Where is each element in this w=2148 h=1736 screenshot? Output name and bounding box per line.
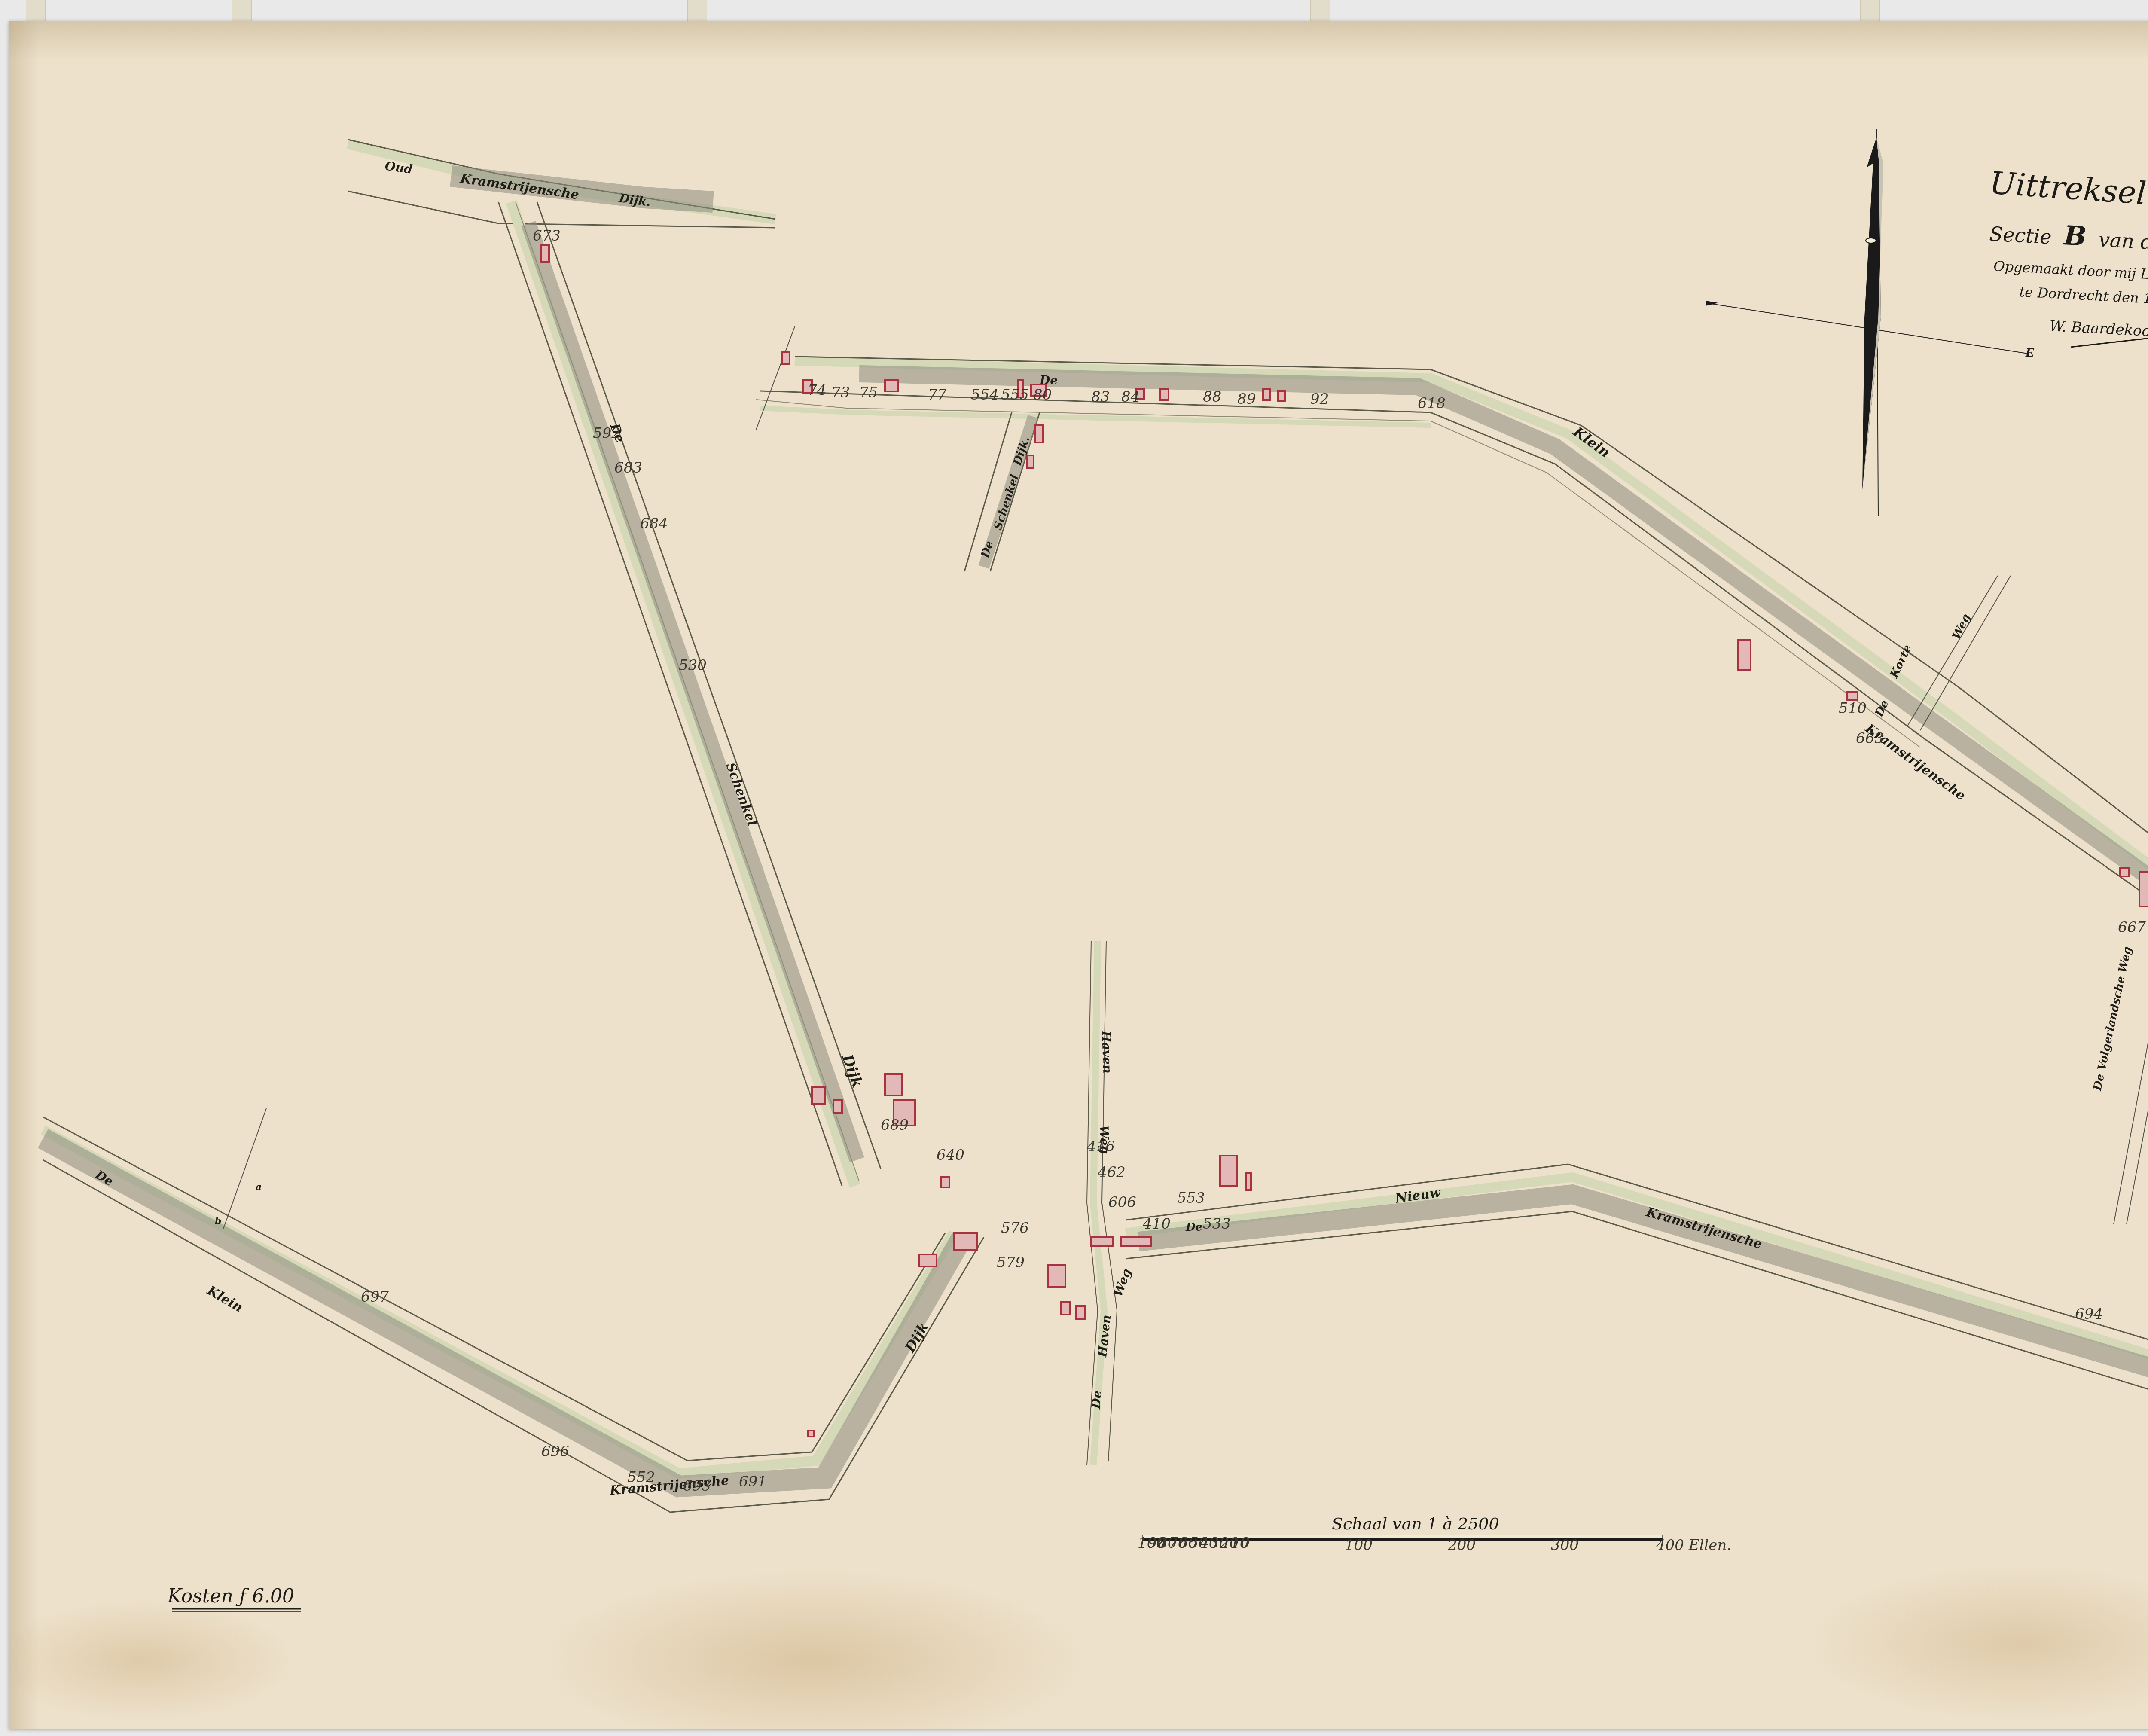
parcel-number: 576	[1001, 1220, 1029, 1237]
parcel-number: 606	[1108, 1194, 1136, 1211]
svg-text:100: 100	[1345, 1537, 1373, 1554]
parcel-number: 592	[593, 425, 621, 442]
parcel-number: 84	[1121, 388, 1140, 406]
road-labels: Oud Kramstrijensche Dijk. De Schenkel Di…	[93, 159, 2148, 1498]
svg-text:300: 300	[1551, 1537, 1579, 1554]
parcel-number: 92	[1310, 391, 1329, 408]
parcel-number: 77	[928, 386, 947, 403]
parcel-number: 691	[739, 1473, 767, 1490]
parcel-number: 683	[614, 459, 642, 476]
parcel-number: 80	[1033, 386, 1052, 403]
cost-text: Kosten ƒ 6.00	[167, 1585, 294, 1607]
parcel-number: 552	[627, 1469, 655, 1486]
parcel-number: 693	[683, 1477, 711, 1495]
label-korte-de: De	[1873, 698, 1892, 719]
label-haven-bottom-weg: Weg	[1111, 1267, 1134, 1299]
road-oud-kramstrijensche-dijk	[348, 140, 775, 228]
parcel-number: 510	[1839, 700, 1867, 717]
svg-text:0: 0	[1241, 1535, 1250, 1552]
cost-note: Kosten ƒ 6.00	[167, 1585, 301, 1611]
road-schenkel-side	[964, 412, 1040, 571]
parcel-number: 697	[361, 1288, 389, 1306]
survey-line-left	[223, 1108, 266, 1229]
parcel-number: 416	[1086, 1138, 1115, 1155]
compass-east-marker: E	[2025, 347, 2035, 360]
road-nieuw-kramstrijensche-dijk	[1126, 1164, 2148, 1461]
road-korte-weg-edge	[1920, 576, 2011, 730]
parcel-number: 694	[2075, 1306, 2103, 1323]
parcel-number: 553	[1177, 1190, 1205, 1207]
parcel-number: 696	[541, 1443, 569, 1460]
parcel-number: 462	[1097, 1164, 1126, 1181]
label-korte: Korte	[1888, 643, 1914, 680]
parcel-number: 554	[971, 386, 999, 403]
parcel-number: 410	[1142, 1215, 1171, 1233]
label-volgerlandsche-weg: De Volgerlandsche Weg	[2091, 946, 2134, 1092]
marker-left-b: b	[215, 1216, 221, 1227]
parcel-number: 555	[1001, 386, 1029, 403]
svg-text:400 Ellen.: 400 Ellen.	[1656, 1537, 1731, 1554]
parcel-number: 684	[640, 515, 668, 532]
label-nieuw-de: De	[1185, 1221, 1202, 1234]
road-schenkel-dijk-left	[498, 202, 881, 1186]
title-signature: W. Baardekooper	[2049, 317, 2148, 341]
road-korte-weg	[1907, 576, 1998, 726]
scale-ticks-left: 100 90 80 70 60 50 40 30 20 10 0	[1138, 1535, 1250, 1552]
parcel-number: 74	[808, 382, 826, 399]
parcel-number: 88	[1203, 388, 1221, 406]
parcel-number: 618	[1418, 395, 1446, 412]
parcel-number: 89	[1237, 391, 1256, 408]
label-klein: Klein	[204, 1283, 245, 1315]
svg-text:200: 200	[1447, 1537, 1476, 1554]
parcel-number: 73	[831, 384, 850, 401]
parcel-number: 667	[2118, 919, 2146, 936]
label-korte-weg: Weg	[1950, 612, 1973, 641]
label-schenkel-name: Schenkel	[992, 473, 1022, 531]
road-top-klein	[756, 357, 2148, 1242]
parcel-number: 533	[1203, 1215, 1231, 1233]
scale-bar: Schaal van 1 à 2500 100 90 80 70 60 50 4…	[1138, 1514, 1731, 1554]
scale-title: Schaal van 1 à 2500	[1332, 1514, 1499, 1533]
north-arrow-icon: E	[1706, 129, 2035, 516]
label-haven-bottom: Haven	[1095, 1314, 1114, 1358]
label-haven-top: Haven	[1099, 1030, 1114, 1074]
road-klein-kramstrijensche	[43, 1117, 984, 1512]
parcel-number: 530	[679, 657, 707, 674]
road-network	[43, 140, 2148, 1512]
title-block: Uittreksel van het Kadastrale plan der S…	[1989, 165, 2148, 347]
parcel-number: 75	[859, 384, 878, 401]
parcel-number: 689	[881, 1117, 909, 1134]
label-left-dijk-lower: Dijk	[838, 1052, 866, 1089]
parcel-number: 83	[1091, 388, 1110, 406]
cadastral-map: Oud Kramstrijensche Dijk. De Schenkel Di…	[0, 0, 2148, 1736]
title-place-date: te Dordrecht den 1e February 1855.	[2019, 284, 2148, 313]
label-top-de: De	[1039, 373, 1058, 387]
label-haven-bottom-de: De	[1089, 1390, 1105, 1410]
parcel-number: 579	[997, 1254, 1025, 1271]
marker-left-a: a	[256, 1181, 262, 1193]
side-lane-top-left	[756, 326, 795, 430]
parcel-number: 663	[1856, 730, 1884, 747]
parcel-number: 640	[937, 1147, 964, 1164]
parcel-number: 673	[533, 227, 561, 244]
